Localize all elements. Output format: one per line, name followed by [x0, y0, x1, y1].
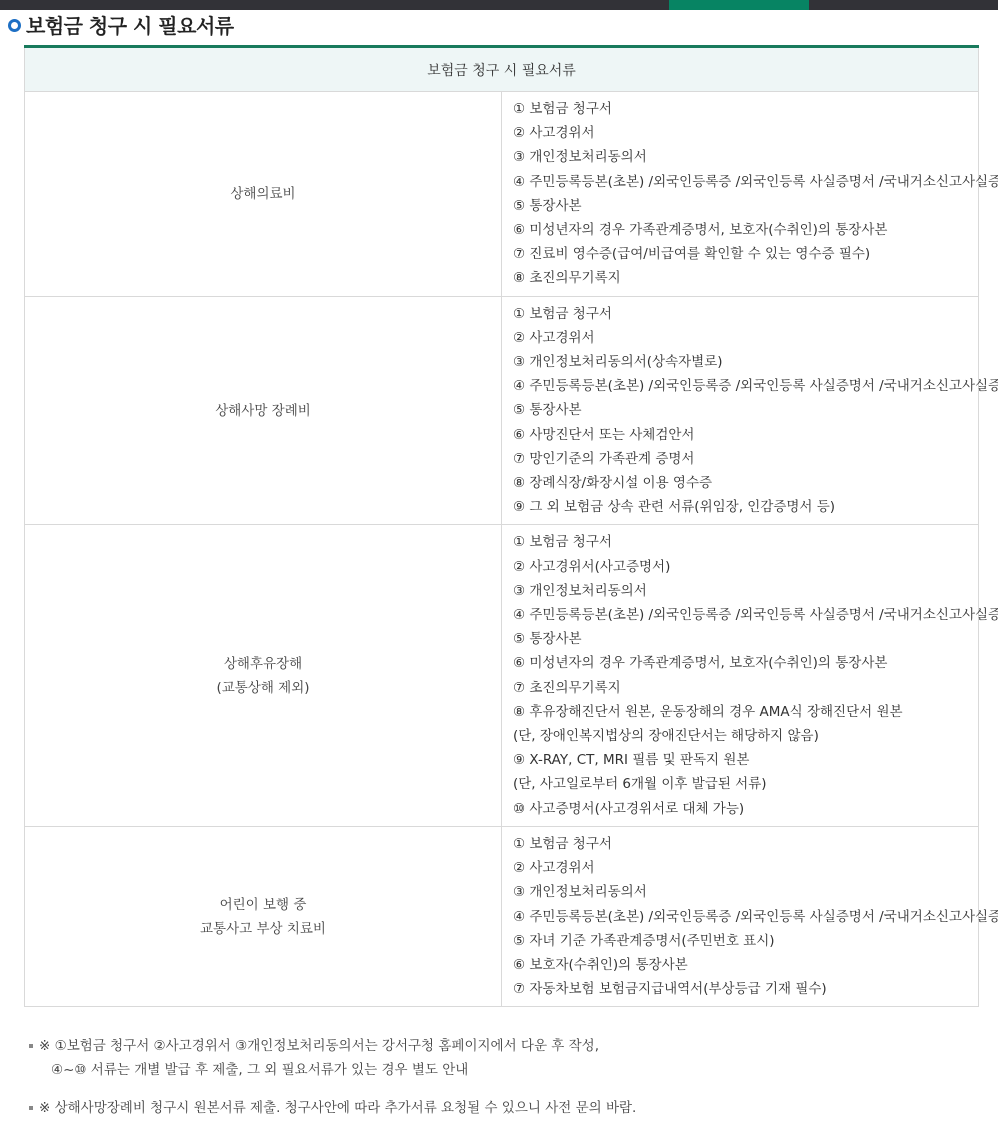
note-line: ※ 상해사망장례비 청구시 원본서류 제출. 청구사안에 따라 추가서류 요청될…	[39, 1096, 636, 1120]
category-cell: 어린이 보행 중교통사고 부상 치료비	[25, 826, 502, 1006]
note-line: ※ ①보험금 청구서 ②사고경위서 ③개인정보처리동의서는 강서구청 홈페이지에…	[39, 1034, 599, 1058]
document-item: ⑥ 미성년자의 경우 가족관계증명서, 보호자(수취인)의 통장사본	[513, 651, 966, 675]
document-item: ⑧ 초진의무기록지	[513, 266, 966, 290]
document-list-cell: ① 보험금 청구서② 사고경위서③ 개인정보처리동의서(상속자별로)④ 주민등록…	[502, 296, 979, 525]
note-item: ※ 상해사망장례비 청구시 원본서류 제출. 청구사안에 따라 추가서류 요청될…	[29, 1096, 636, 1120]
document-item: ④ 주민등록등본(초본) /외국인등록증 /외국인등록 사실증명서 /국내거소신…	[513, 603, 966, 627]
document-item: ③ 개인정보처리동의서	[513, 579, 966, 603]
document-item: ⑤ 통장사본	[513, 194, 966, 218]
section-heading: 보험금 청구 시 필요서류	[8, 11, 234, 37]
page-title: 보험금 청구 시 필요서류	[26, 10, 234, 39]
document-item: ① 보험금 청구서	[513, 530, 966, 554]
square-bullet-icon	[29, 1106, 33, 1110]
document-list-cell: ① 보험금 청구서② 사고경위서③ 개인정보처리동의서④ 주민등록등본(초본) …	[502, 92, 979, 297]
document-item: ③ 개인정보처리동의서	[513, 145, 966, 169]
document-item: ③ 개인정보처리동의서	[513, 880, 966, 904]
note-text: ※ ①보험금 청구서 ②사고경위서 ③개인정보처리동의서는 강서구청 홈페이지에…	[39, 1034, 599, 1082]
circle-ring-icon	[8, 19, 21, 32]
document-item: ⑧ 후유장해진단서 원본, 운동장해의 경우 AMA식 장해진단서 원본	[513, 700, 966, 724]
document-item: ① 보험금 청구서	[513, 302, 966, 326]
document-list-cell: ① 보험금 청구서② 사고경위서③ 개인정보처리동의서④ 주민등록등본(초본) …	[502, 826, 979, 1006]
document-item: ⑨ X-RAY, CT, MRI 필름 및 판독지 원본	[513, 748, 966, 772]
notes-section: ※ ①보험금 청구서 ②사고경위서 ③개인정보처리동의서는 강서구청 홈페이지에…	[29, 1034, 636, 1120]
document-item: ② 사고경위서	[513, 326, 966, 350]
document-item: ⑦ 망인기준의 가족관계 증명서	[513, 447, 966, 471]
document-item: ② 사고경위서(사고증명서)	[513, 555, 966, 579]
note-item: ※ ①보험금 청구서 ②사고경위서 ③개인정보처리동의서는 강서구청 홈페이지에…	[29, 1034, 636, 1082]
document-item: ⑧ 장례식장/화장시설 이용 영수증	[513, 471, 966, 495]
category-label: 상해사망 장례비	[26, 399, 500, 423]
document-item: ⑥ 보호자(수취인)의 통장사본	[513, 953, 966, 977]
category-cell: 상해의료비	[25, 92, 502, 297]
note-line: ④~⑩ 서류는 개별 발급 후 제출, 그 외 필요서류가 있는 경우 별도 안…	[39, 1058, 599, 1082]
document-list-cell: ① 보험금 청구서② 사고경위서(사고증명서)③ 개인정보처리동의서④ 주민등록…	[502, 525, 979, 826]
document-item: (단, 장애인복지법상의 장애진단서는 해당하지 않음)	[513, 724, 966, 748]
document-item: ⑦ 자동차보험 보험금지급내역서(부상등급 기재 필수)	[513, 977, 966, 1001]
document-item: ② 사고경위서	[513, 121, 966, 145]
table-header: 보험금 청구 시 필요서류	[25, 47, 979, 92]
category-label: 상해의료비	[26, 182, 500, 206]
document-item: ⑦ 초진의무기록지	[513, 676, 966, 700]
document-item: ⑤ 자녀 기준 가족관계증명서(주민번호 표시)	[513, 929, 966, 953]
category-cell: 상해후유장해(교통상해 제외)	[25, 525, 502, 826]
table-row: 상해사망 장례비① 보험금 청구서② 사고경위서③ 개인정보처리동의서(상속자별…	[25, 296, 979, 525]
document-item: ④ 주민등록등본(초본) /외국인등록증 /외국인등록 사실증명서 /국내거소신…	[513, 905, 966, 929]
document-item: ⑤ 통장사본	[513, 398, 966, 422]
document-item: ② 사고경위서	[513, 856, 966, 880]
square-bullet-icon	[29, 1044, 33, 1048]
document-item: ④ 주민등록등본(초본) /외국인등록증 /외국인등록 사실증명서 /국내거소신…	[513, 374, 966, 398]
document-item: ③ 개인정보처리동의서(상속자별로)	[513, 350, 966, 374]
document-item: ⑥ 사망진단서 또는 사체검안서	[513, 423, 966, 447]
table-row: 상해의료비① 보험금 청구서② 사고경위서③ 개인정보처리동의서④ 주민등록등본…	[25, 92, 979, 297]
document-item: ⑩ 사고증명서(사고경위서로 대체 가능)	[513, 797, 966, 821]
document-item: ④ 주민등록등본(초본) /외국인등록증 /외국인등록 사실증명서 /국내거소신…	[513, 170, 966, 194]
active-nav-indicator[interactable]	[669, 0, 809, 10]
table-body: 상해의료비① 보험금 청구서② 사고경위서③ 개인정보처리동의서④ 주민등록등본…	[25, 92, 979, 1007]
category-label: 교통사고 부상 치료비	[26, 917, 500, 941]
category-label: 어린이 보행 중	[26, 893, 500, 917]
top-nav-bar	[0, 0, 998, 10]
required-documents-table: 보험금 청구 시 필요서류 상해의료비① 보험금 청구서② 사고경위서③ 개인정…	[24, 45, 979, 1007]
table-row: 어린이 보행 중교통사고 부상 치료비① 보험금 청구서② 사고경위서③ 개인정…	[25, 826, 979, 1006]
document-item: ① 보험금 청구서	[513, 832, 966, 856]
document-item: ⑦ 진료비 영수증(급여/비급여를 확인할 수 있는 영수증 필수)	[513, 242, 966, 266]
document-item: (단, 사고일로부터 6개월 이후 발급된 서류)	[513, 772, 966, 796]
category-label: (교통상해 제외)	[26, 676, 500, 700]
document-item: ⑨ 그 외 보험금 상속 관련 서류(위임장, 인감증명서 등)	[513, 495, 966, 519]
table-row: 상해후유장해(교통상해 제외)① 보험금 청구서② 사고경위서(사고증명서)③ …	[25, 525, 979, 826]
note-text: ※ 상해사망장례비 청구시 원본서류 제출. 청구사안에 따라 추가서류 요청될…	[39, 1096, 636, 1120]
document-item: ⑤ 통장사본	[513, 627, 966, 651]
category-label: 상해후유장해	[26, 652, 500, 676]
document-item: ⑥ 미성년자의 경우 가족관계증명서, 보호자(수취인)의 통장사본	[513, 218, 966, 242]
document-item: ① 보험금 청구서	[513, 97, 966, 121]
category-cell: 상해사망 장례비	[25, 296, 502, 525]
